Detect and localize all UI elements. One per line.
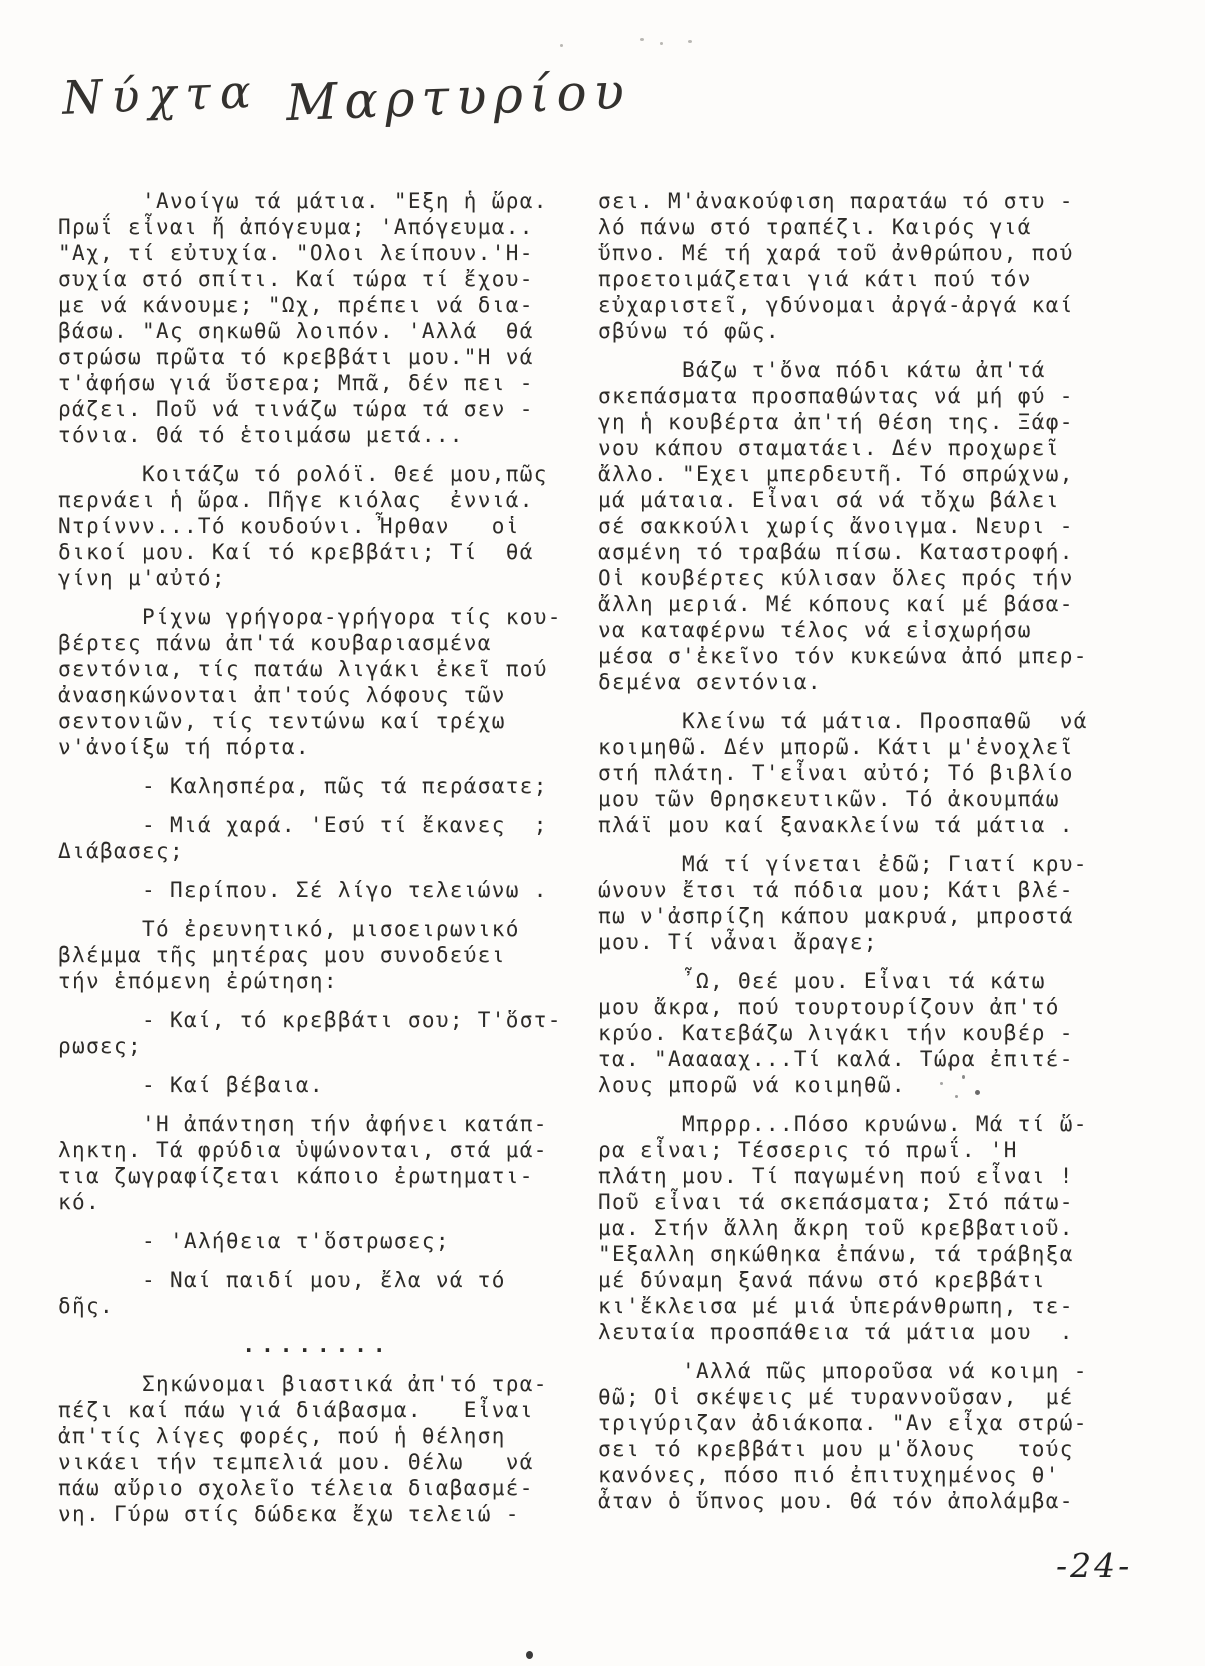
document-page: ΝύχταΜαρτυρίου 'Ανοίγω τά μάτια. "Εξη ἡ … — [0, 0, 1205, 1666]
title-word-1: Νύχτα — [61, 64, 260, 125]
paragraph: Κλείνω τά μάτια. Προσπαθῶ νά κοιμηθῶ. Δέ… — [598, 708, 1116, 838]
paragraph: 'Αλλά πῶς μποροῦσα νά κοιμη - θῶ; Οἱ σκέ… — [598, 1358, 1116, 1514]
paragraph: Σηκώνομαι βιαστικά ἀπ'τό τρα- πέζι καί π… — [58, 1371, 576, 1527]
dialogue-line: - Καλησπέρα, πῶς τά περάσατε; — [58, 773, 576, 799]
scan-speck — [688, 40, 692, 43]
page-title: ΝύχταΜαρτυρίου — [61, 48, 631, 126]
paragraph: Τό ἐρευνητικό, μισοειρωνικό βλέμμα τῆς μ… — [58, 916, 576, 994]
dialogue-line: - Ναί παιδί μου, ἔλα νά τό δῆς. — [58, 1267, 576, 1319]
title-word-2: Μαρτυρίου — [285, 62, 632, 132]
ink-smudge — [975, 1090, 980, 1095]
paragraph: Κοιτάζω τό ρολόϊ. Θεέ μου,πῶς περνάει ἡ … — [58, 461, 576, 591]
dialogue-line: - Καί βέβαια. — [58, 1072, 576, 1098]
paragraph: Μά τί γίνεται ἐδῶ; Γιατί κρυ- ώνουν ἔτσι… — [598, 851, 1116, 955]
paragraph: σει. Μ'ἀνακούφιση παρατάω τό στυ - λό πά… — [598, 188, 1116, 344]
scan-speck — [660, 42, 663, 45]
paragraph: Βάζω τ'ὄνα πόδι κάτω ἀπ'τά σκεπάσματα πρ… — [598, 357, 1116, 695]
dialogue-line: - Μιά χαρά. 'Εσύ τί ἔκανες ; Διάβασες; — [58, 812, 576, 864]
right-column: σει. Μ'ἀνακούφιση παρατάω τό στυ - λό πά… — [598, 188, 1116, 1527]
paragraph: Μπρρρ...Πόσο κρυώνω. Μά τί ὥ- ρα εἶναι; … — [598, 1111, 1116, 1345]
section-separator-dots: ........ — [58, 1332, 576, 1358]
ink-smudge — [955, 1095, 958, 1098]
dialogue-line: - 'Αλήθεια τ'ὅστρωσες; — [58, 1228, 576, 1254]
dialogue-line: - Καί, τό κρεββάτι σου; Τ'ὅστ- ρωσες; — [58, 1007, 576, 1059]
left-column: 'Ανοίγω τά μάτια. "Εξη ἡ ὥρα. Πρωΐ εἶναι… — [58, 188, 576, 1540]
paragraph: 'Ανοίγω τά μάτια. "Εξη ἡ ὥρα. Πρωΐ εἶναι… — [58, 188, 576, 448]
ink-dot — [526, 1651, 533, 1659]
paragraph: 'Η ἀπάντηση τήν ἀφήνει κατάπ- ληκτη. Τά … — [58, 1111, 576, 1215]
scan-speck — [640, 38, 644, 41]
ink-smudge — [948, 1062, 952, 1067]
paragraph: ῏Ω, Θεέ μου. Εἶναι τά κάτω μου ἄκρα, πού… — [598, 968, 1116, 1098]
page-number: -24- — [1056, 1546, 1132, 1585]
scan-speck — [560, 44, 563, 47]
paragraph: Ρίχνω γρήγορα-γρήγορα τίς κου- βέρτες πά… — [58, 604, 576, 760]
dialogue-line: - Περίπου. Σέ λίγο τελειώνω . — [58, 877, 576, 903]
ink-smudge — [940, 1082, 943, 1085]
ink-smudge — [962, 1075, 965, 1079]
